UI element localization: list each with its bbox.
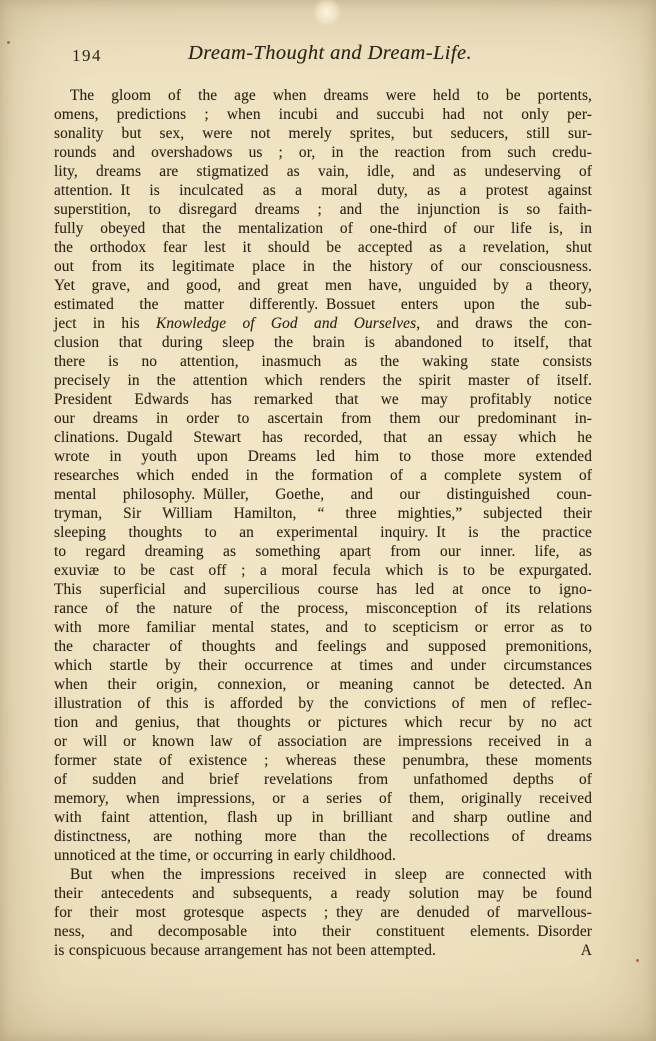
text-segment: , and draws the con- [416,315,592,332]
text-line: unnoticed at the time, or occurring in e… [54,846,592,865]
text-line: when their origin, connexion, or meaning… [54,675,592,694]
text-line: their antecedents and subsequents, a rea… [54,884,592,903]
text-line: out from its legitimate place in the his… [54,257,592,276]
text-line: sonality but sex, were not merely sprite… [54,124,592,143]
text-line: researches which ended in the formation … [54,466,592,485]
text-line: wrote in youth upon Dreams led him to th… [54,447,592,466]
ink-speck [369,557,371,559]
italic-phrase: Knowledge of God and Ourselves [156,315,416,332]
text-line: sleeping thoughts to an experimental inq… [54,523,592,542]
page-number: 194 [72,46,102,66]
text-line: ness, and decomposable into their consti… [54,922,592,941]
text-line: illustration of this is afforded by the … [54,694,592,713]
text-line: or will or known law of association are … [54,732,592,751]
text-line: The gloom of the age when dreams were he… [54,86,592,105]
text-line: mental philosophy. Müller, Goethe, and o… [54,485,592,504]
text-line: which startle by their occurrence at tim… [54,656,592,675]
text-line: estimated the matter differently. Bossue… [54,295,592,314]
text-segment: ject in his [54,315,156,332]
text-line: ject in his Knowledge of God and Ourselv… [54,314,592,333]
text-line: there is no attention, inasmuch as the w… [54,352,592,371]
text-line: lity, dreams are stigmatized as vain, id… [54,162,592,181]
text-line: tion and genius, that thoughts or pictur… [54,713,592,732]
book-page: 194 Dream-Thought and Dream-Life. The gl… [0,0,656,1041]
text-line: This superficial and supercilious course… [54,580,592,599]
text-line: attention. It is inculcated as a moral d… [54,181,592,200]
text-line: former state of existence ; whereas thes… [54,751,592,770]
running-title: Dream-Thought and Dream-Life. [54,42,592,65]
ink-speck [636,959,639,962]
text-line: the orthodox fear lest it should be acce… [54,238,592,257]
text-line: superstition, to disregard dreams ; and … [54,200,592,219]
body-text: The gloom of the age when dreams were he… [54,86,592,960]
text-line: exuviæ to be cast off ; a moral fecula w… [54,561,592,580]
text-line: is conspicuous because arrangement has n… [54,941,592,960]
text-line: rounds and overshadows us ; or, in the r… [54,143,592,162]
text-line: tryman, Sir William Hamilton, “ three mi… [54,504,592,523]
catchword: A [581,941,592,960]
text-line: fully obeyed that the mentalization of o… [54,219,592,238]
text-line: But when the impressions received in sle… [54,865,592,884]
text-line: rance of the nature of the process, misc… [54,599,592,618]
text-line: to regard dreaming as something apart fr… [54,542,592,561]
text-line: Yet grave, and good, and great men have,… [54,276,592,295]
text-line: precisely in the attention which renders… [54,371,592,390]
text-segment: is conspicuous because arrangement has n… [54,941,436,960]
text-line: memory, when impressions, or a series of… [54,789,592,808]
text-line: of sudden and brief revelations from unf… [54,770,592,789]
text-line: the character of thoughts and feelings a… [54,637,592,656]
text-line: clusion that during sleep the brain is a… [54,333,592,352]
ink-speck [7,41,10,44]
page-header: 194 Dream-Thought and Dream-Life. [54,42,592,70]
text-line: clinations. Dugald Stewart has recorded,… [54,428,592,447]
text-line: omens, predictions ; when incubi and suc… [54,105,592,124]
text-line: with more familiar mental states, and to… [54,618,592,637]
text-line: for their most grotesque aspects ; they … [54,903,592,922]
text-line: distinctness, are nothing more than the … [54,827,592,846]
text-line: with faint attention, flash up in brilli… [54,808,592,827]
text-line: our dreams in order to ascertain from th… [54,409,592,428]
text-line: President Edwards has remarked that we m… [54,390,592,409]
scan-smudge [312,0,342,26]
